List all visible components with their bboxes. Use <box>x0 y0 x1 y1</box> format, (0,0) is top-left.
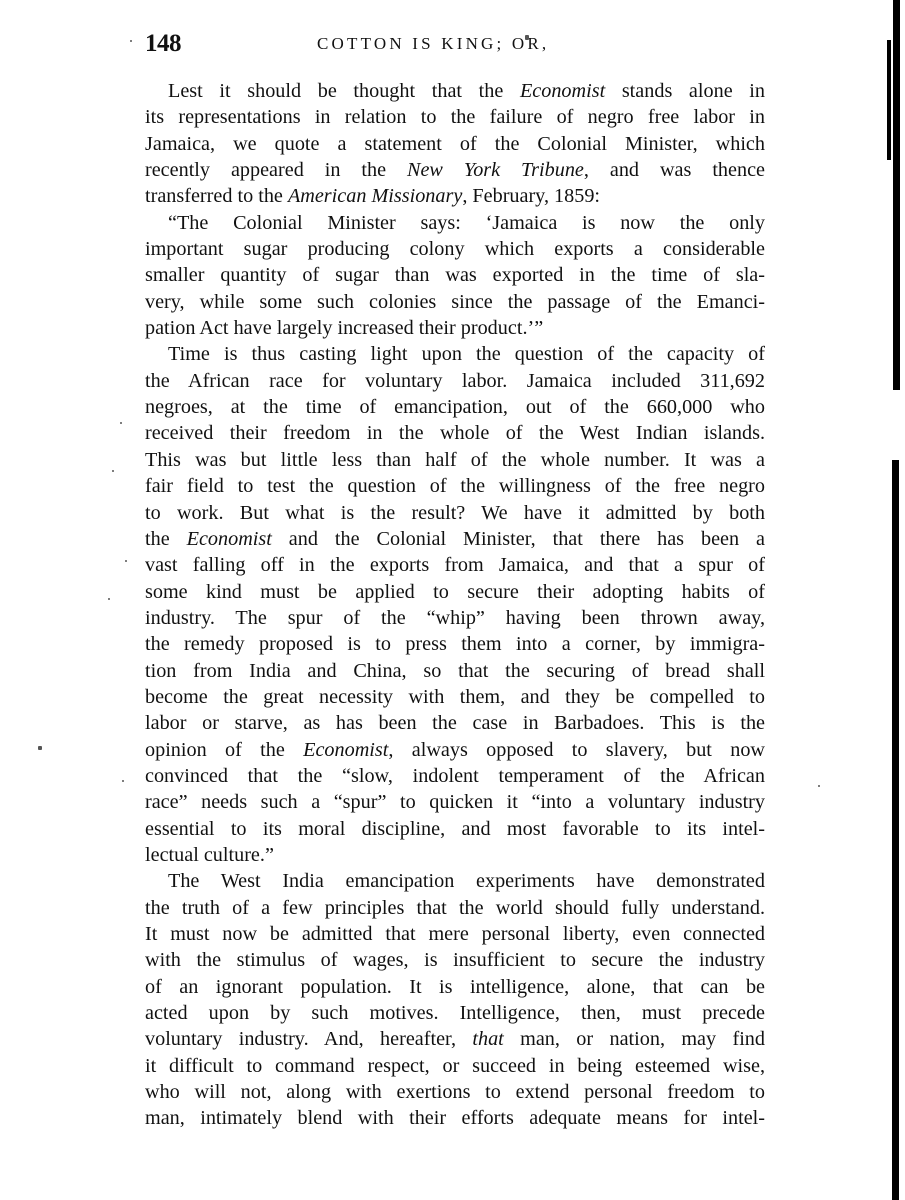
text-line: who will not, along with exertions to ex… <box>145 1079 765 1105</box>
text-run: The West India emancipation experiments … <box>168 870 765 892</box>
text-run: convinced that the “slow, indolent tempe… <box>145 765 765 787</box>
text-line: recently appeared in the New York Tribun… <box>145 157 765 183</box>
text-run: , and was thence <box>584 159 765 181</box>
text-line: essential to its moral discipline, and m… <box>145 816 765 842</box>
text-run: industry. The spur of the “whip” having … <box>145 607 765 629</box>
scan-speck <box>38 746 42 750</box>
italic-title: Economist <box>303 739 388 761</box>
text-run: tion from India and China, so that the s… <box>145 660 765 682</box>
text-run: some kind must be applied to secure thei… <box>145 581 765 603</box>
text-line: of an ignorant population. It is intelli… <box>145 974 765 1000</box>
text-run: its representations in relation to the f… <box>145 106 765 128</box>
text-line: to work. But what is the result? We have… <box>145 500 765 526</box>
text-line: It must now be admitted that mere person… <box>145 921 765 947</box>
text-run: the remedy proposed is to press them int… <box>145 633 765 655</box>
running-head: COTTON IS KING; OR, <box>317 34 549 54</box>
text-run: pation Act have largely increased their … <box>145 317 543 339</box>
text-run: , always opposed to slavery, but now <box>388 739 765 761</box>
text-run: essential to its moral discipline, and m… <box>145 818 765 840</box>
text-run: recently appeared in the <box>145 159 407 181</box>
italic-title: American Missionary <box>288 185 462 207</box>
text-run: fair field to test the question of the w… <box>145 475 765 497</box>
text-run: opinion of the <box>145 739 303 761</box>
text-run: very, while some such colonies since the… <box>145 291 765 313</box>
body-text: Lest it should be thought that the Econo… <box>145 78 765 1132</box>
text-line: negroes, at the time of emancipation, ou… <box>145 394 765 420</box>
text-line: some kind must be applied to secure thei… <box>145 579 765 605</box>
scan-speck <box>108 598 110 600</box>
text-line: The West India emancipation experiments … <box>145 868 765 894</box>
text-line: voluntary industry. And, hereafter, that… <box>145 1026 765 1052</box>
page-binding-edge <box>892 460 899 1200</box>
text-line: smaller quantity of sugar than was expor… <box>145 262 765 288</box>
text-run: Lest it should be thought that the <box>168 80 520 102</box>
text-line: the African race for voluntary labor. Ja… <box>145 368 765 394</box>
text-line: become the great necessity with them, an… <box>145 684 765 710</box>
text-run: Time is thus casting light upon the ques… <box>168 343 765 365</box>
scan-speck <box>130 40 132 42</box>
text-run: , February, 1859: <box>462 185 600 207</box>
text-run: with the stimulus of wages, is insuffici… <box>145 949 765 971</box>
text-run: important sugar producing colony which e… <box>145 238 765 260</box>
text-run: and the Colonial Minister, that there ha… <box>272 528 765 550</box>
text-line: its representations in relation to the f… <box>145 104 765 130</box>
text-run: it difficult to command respect, or succ… <box>145 1055 765 1077</box>
text-line: “The Colonial Minister says: ‘Jamaica is… <box>145 210 765 236</box>
text-line: transferred to the American Missionary, … <box>145 183 765 209</box>
italic-title: Economist <box>187 528 272 550</box>
text-run: Jamaica, we quote a statement of the Col… <box>145 133 765 155</box>
scan-speck <box>122 780 124 782</box>
text-run: to work. But what is the result? We have… <box>145 502 765 524</box>
text-line: Jamaica, we quote a statement of the Col… <box>145 131 765 157</box>
text-line: lectual culture.” <box>145 842 765 868</box>
text-line: important sugar producing colony which e… <box>145 236 765 262</box>
text-line: Time is thus casting light upon the ques… <box>145 341 765 367</box>
italic-title: Economist <box>520 80 605 102</box>
text-line: fair field to test the question of the w… <box>145 473 765 499</box>
italic-title: New York Tribune <box>407 159 584 181</box>
text-line: tion from India and China, so that the s… <box>145 658 765 684</box>
text-line: industry. The spur of the “whip” having … <box>145 605 765 631</box>
text-run: the <box>145 528 187 550</box>
text-line: opinion of the Economist, always opposed… <box>145 737 765 763</box>
text-line: the remedy proposed is to press them int… <box>145 631 765 657</box>
text-line: the Economist and the Colonial Minister,… <box>145 526 765 552</box>
text-line: very, while some such colonies since the… <box>145 289 765 315</box>
page-binding-edge <box>893 0 900 390</box>
text-run: transferred to the <box>145 185 288 207</box>
text-run: the African race for voluntary labor. Ja… <box>145 370 765 392</box>
text-run: who will not, along with exertions to ex… <box>145 1081 765 1103</box>
scan-speck <box>525 35 529 40</box>
text-run: received their freedom in the whole of t… <box>145 422 765 444</box>
text-line: race” needs such a “spur” to quicken it … <box>145 789 765 815</box>
text-line: the truth of a few principles that the w… <box>145 895 765 921</box>
text-run: smaller quantity of sugar than was expor… <box>145 264 765 286</box>
text-line: Lest it should be thought that the Econo… <box>145 78 765 104</box>
scan-speck <box>818 785 820 787</box>
text-line: with the stimulus of wages, is insuffici… <box>145 947 765 973</box>
text-line: vast falling off in the exports from Jam… <box>145 552 765 578</box>
page-binding-edge <box>887 40 891 160</box>
text-line: convinced that the “slow, indolent tempe… <box>145 763 765 789</box>
text-line: man, intimately blend with their efforts… <box>145 1105 765 1131</box>
text-line: labor or starve, as has been the case in… <box>145 710 765 736</box>
scan-speck <box>125 560 127 562</box>
text-run: stands alone in <box>605 80 765 102</box>
text-run: man, intimately blend with their efforts… <box>145 1107 765 1129</box>
page-header: 148 COTTON IS KING; OR, <box>145 30 765 60</box>
text-run: “The Colonial Minister says: ‘Jamaica is… <box>168 212 765 234</box>
text-run: lectual culture.” <box>145 844 274 866</box>
text-run: man, or nation, may find <box>504 1028 765 1050</box>
text-run: become the great necessity with them, an… <box>145 686 765 708</box>
text-line: it difficult to command respect, or succ… <box>145 1053 765 1079</box>
page-number: 148 <box>145 30 181 58</box>
scan-speck <box>112 470 114 472</box>
text-line: This was but little less than half of th… <box>145 447 765 473</box>
text-line: received their freedom in the whole of t… <box>145 420 765 446</box>
text-run: It must now be admitted that mere person… <box>145 923 765 945</box>
text-run: of an ignorant population. It is intelli… <box>145 976 765 998</box>
text-line: pation Act have largely increased their … <box>145 315 765 341</box>
text-run: vast falling off in the exports from Jam… <box>145 554 765 576</box>
italic-title: that <box>472 1028 503 1050</box>
text-run: labor or starve, as has been the case in… <box>145 712 765 734</box>
text-run: race” needs such a “spur” to quicken it … <box>145 791 765 813</box>
scan-speck <box>120 422 122 424</box>
text-run: the truth of a few principles that the w… <box>145 897 765 919</box>
text-line: acted upon by such motives. Intelligence… <box>145 1000 765 1026</box>
text-run: acted upon by such motives. Intelligence… <box>145 1002 765 1024</box>
scanned-book-page: 148 COTTON IS KING; OR, Lest it should b… <box>0 0 905 1200</box>
text-run: This was but little less than half of th… <box>145 449 765 471</box>
text-run: negroes, at the time of emancipation, ou… <box>145 396 765 418</box>
text-run: voluntary industry. And, hereafter, <box>145 1028 472 1050</box>
